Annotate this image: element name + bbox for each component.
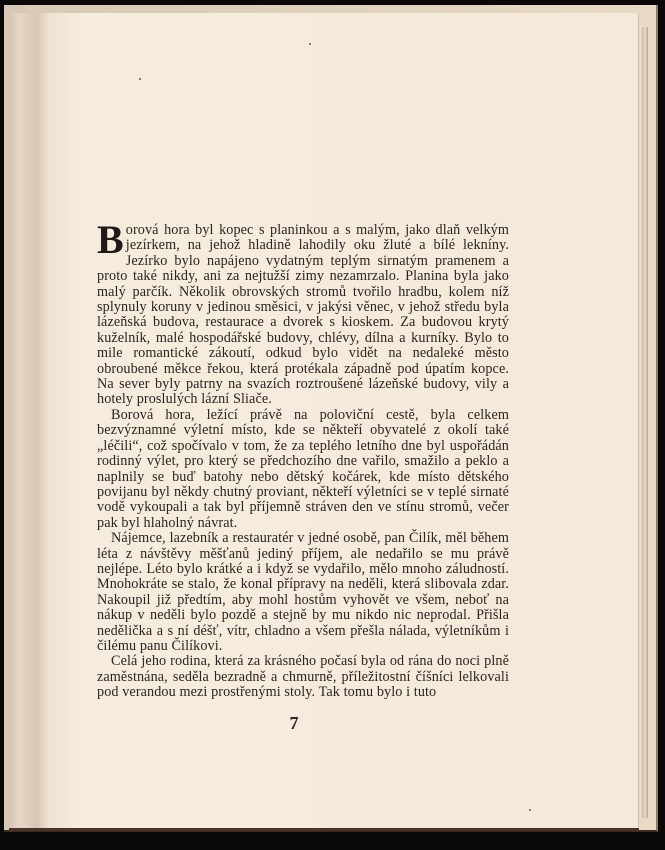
scanned-book-page: Borová hora byl kopec s planinkou a s ma… <box>0 0 665 850</box>
book-page-stack: Borová hora byl kopec s planinkou a s ma… <box>4 5 658 832</box>
paragraph-4: Celá jeho rodina, která za krásného poča… <box>97 654 509 700</box>
paragraph-2: Borová hora, ležící právě na poloviční c… <box>97 408 509 531</box>
body-text: Borová hora byl kopec s planinkou a s ma… <box>97 223 509 701</box>
paper-speck <box>139 78 141 80</box>
page-edges <box>640 27 648 818</box>
drop-cap: B <box>97 225 124 255</box>
paper-speck <box>309 43 311 45</box>
paragraph-1-text: orová hora byl kopec s planinkou a s mal… <box>97 222 509 407</box>
page-number: 7 <box>279 713 309 734</box>
paper-speck <box>529 809 531 811</box>
paragraph-1: Borová hora byl kopec s planinkou a s ma… <box>97 223 509 408</box>
book-page: Borová hora byl kopec s planinkou a s ma… <box>9 13 639 831</box>
paragraph-3: Nájemce, lazebník a restauratér v jedné … <box>97 531 509 654</box>
